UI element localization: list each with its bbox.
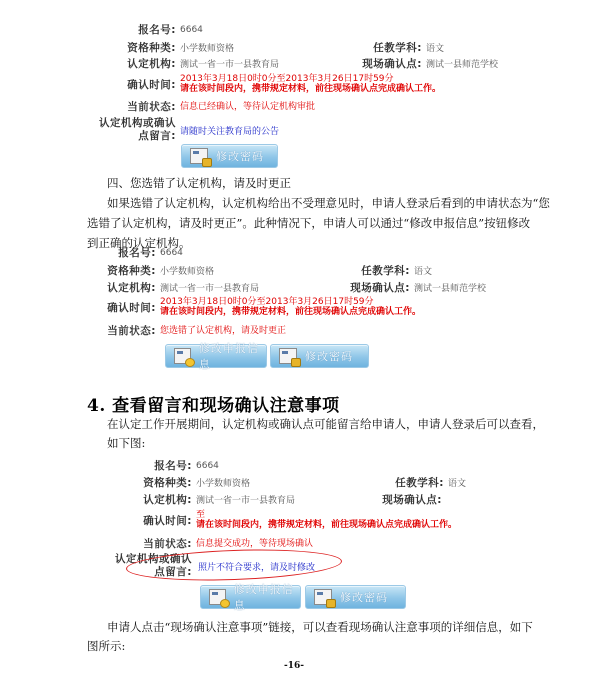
status-label: 当前状态:: [120, 99, 176, 114]
footer-para-line2: 图所示:: [87, 636, 125, 656]
qual-type-label: 资格种类:: [120, 40, 176, 55]
change-password-button[interactable]: 修改密码: [270, 344, 369, 368]
edit-info-label: 修改申报信息: [234, 581, 300, 613]
site-label: 现场确认点:: [370, 492, 442, 507]
agency-label: 认定机构:: [136, 492, 192, 507]
site-value: 测试一县师范学校: [426, 57, 498, 70]
change-password-button[interactable]: 修改密码: [181, 144, 278, 168]
agency-value: 测试一省一市一县教育局: [180, 57, 279, 70]
page-number: -16-: [284, 661, 304, 671]
footer-para-line1: 申请人点击“现场确认注意事项”链接，可以查看现场确认注意事项的详细信息，如下: [107, 617, 533, 637]
time-note: 请在该时间段内，携带规定材料，前往现场确认点完成确认工作。: [160, 307, 421, 317]
change-password-label: 修改密码: [340, 589, 388, 605]
password-form-icon: [314, 589, 332, 605]
subject-label: 任教学科:: [382, 475, 444, 490]
time-range: 2013年3月18日0时0分至2013年3月26日17时59分: [160, 297, 421, 307]
edit-form-icon: [209, 589, 226, 605]
status-value: 您选错了认定机构，请及时更正: [160, 326, 286, 336]
time-note: 请在该时间段内，携带规定材料，前往现场确认点完成确认工作。: [180, 84, 441, 94]
chapter-para-line1: 在认定工作开展期间，认定机构或确认点可能留言给申请人，申请人登录后可以查看，: [107, 414, 544, 434]
edit-info-label: 修改申报信息: [199, 340, 266, 372]
chapter-para-line2: 如下图:: [107, 433, 145, 453]
reg-no-value: 6664: [160, 248, 183, 258]
subject-value: 语文: [448, 476, 466, 489]
site-label: 现场确认点:: [350, 56, 422, 71]
status-label: 当前状态:: [136, 536, 192, 551]
time-label: 确认时间:: [120, 77, 176, 92]
section-para-line2: 选错了认定机构，请及时更正”。此种情况下，申请人可以通过“修改申报信息”按钮修改: [87, 213, 530, 233]
agency-value: 测试一省一市一县教育局: [160, 281, 259, 294]
status-value: 信息已经确认，等待认定机构审批: [180, 102, 315, 112]
message-value: 请随时关注教育局的公告: [180, 124, 279, 137]
message-label-line2: 点留言:: [96, 130, 176, 143]
password-form-icon: [190, 148, 208, 164]
agency-label: 认定机构:: [120, 56, 176, 71]
subject-label: 任教学科:: [348, 263, 410, 278]
agency-label: 认定机构:: [100, 280, 156, 295]
section-subtitle: 四、您选错了认定机构，请及时更正: [107, 173, 291, 193]
reg-no-label: 报名号:: [100, 245, 156, 260]
time-note: 请在该时间段内，携带规定材料，前往现场确认点完成确认工作。: [196, 520, 457, 530]
chapter-title: 4. 查看留言和现场确认注意事项: [87, 391, 340, 416]
site-label: 现场确认点:: [338, 280, 410, 295]
status-label: 当前状态:: [100, 323, 156, 338]
reg-no-value: 6664: [180, 25, 203, 35]
time-range: 2013年3月18日0时0分至2013年3月26日17时59分: [180, 74, 441, 84]
password-form-icon: [279, 348, 297, 364]
subject-value: 语文: [426, 41, 444, 54]
message-label-line1: 认定机构或确认: [96, 117, 176, 130]
edit-info-button[interactable]: 修改申报信息: [165, 344, 267, 368]
reg-no-label: 报名号:: [136, 458, 192, 473]
reg-no-value: 6664: [196, 461, 219, 471]
qual-type-value: 小学数师资格: [196, 476, 250, 489]
status-value: 信息提交成功，等待现场确认: [196, 539, 313, 549]
subject-label: 任教学科:: [360, 40, 422, 55]
edit-form-icon: [174, 348, 191, 364]
change-password-button[interactable]: 修改密码: [305, 585, 406, 609]
qual-type-label: 资格种类:: [136, 475, 192, 490]
message-label: 认定机构或确认 点留言:: [96, 117, 176, 143]
qual-type-label: 资格种类:: [100, 263, 156, 278]
site-value: 测试一县师范学校: [414, 281, 486, 294]
time-label: 确认时间:: [136, 513, 192, 528]
section-para-line1: 如果选错了认定机构，认定机构给出不受理意见时，申请人登录后看到的申请状态为“您: [107, 193, 550, 213]
change-password-label: 修改密码: [305, 348, 353, 364]
qual-type-value: 小学数师资格: [160, 264, 214, 277]
reg-no-label: 报名号:: [120, 22, 176, 37]
subject-value: 语文: [414, 264, 432, 277]
edit-info-button[interactable]: 修改申报信息: [200, 585, 301, 609]
qual-type-value: 小学数师资格: [180, 41, 234, 54]
time-label: 确认时间:: [100, 300, 156, 315]
change-password-label: 修改密码: [216, 148, 264, 164]
time-range: 至: [196, 510, 457, 520]
agency-value: 测试一省一市一县教育局: [196, 493, 295, 506]
